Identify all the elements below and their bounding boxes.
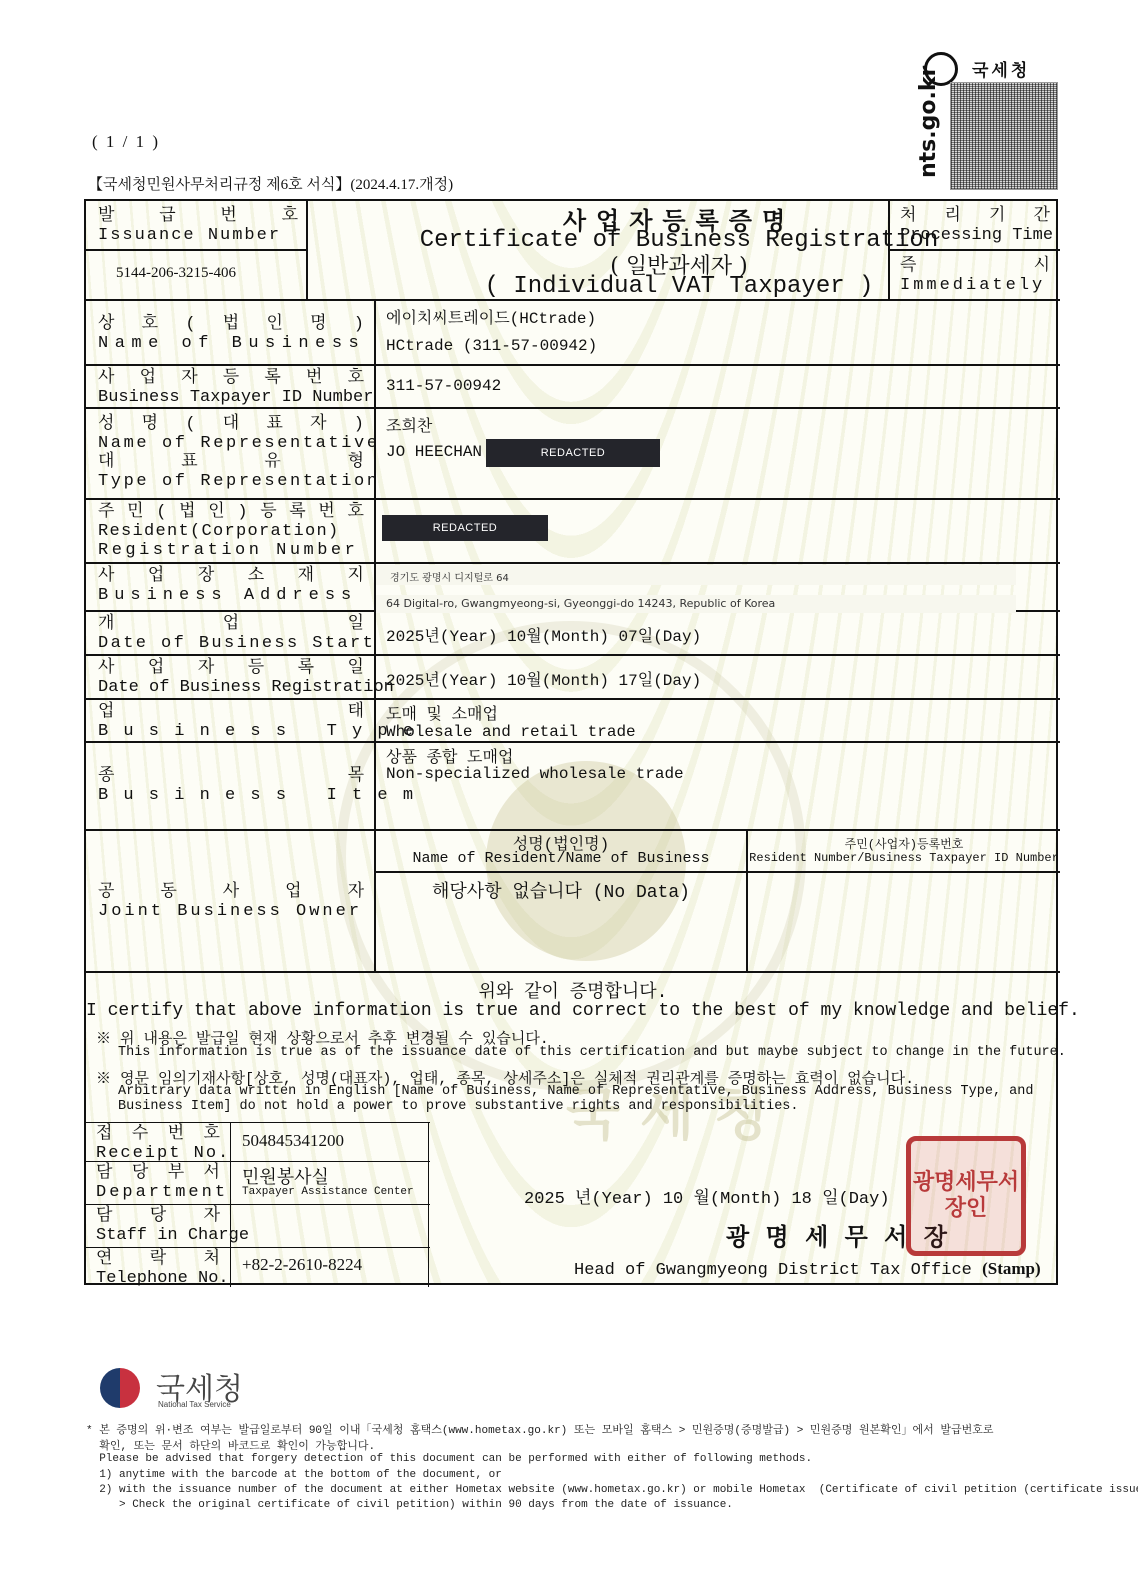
joint-owner-col2-ko: 주민(사업자)등록번호 <box>748 835 1060 852</box>
business-item-en: Non-specialized wholesale trade <box>386 765 684 783</box>
certification-statement-en: I certify that above information is true… <box>86 1001 1060 1021</box>
note-2-en-2: Business Item] do not hold a power to pr… <box>118 1099 799 1114</box>
nts-site: nts.go.kr <box>916 66 941 178</box>
nts-logo-icon <box>100 1368 140 1408</box>
business-item-ko: 상품 종합 도매업 <box>386 744 513 767</box>
joint-owner-col2-en: Resident Number/Business Taxpayer ID Num… <box>748 851 1060 865</box>
footer-line-2: 확인, 또는 문서 하단의 바코드로 확인이 가능합니다. <box>86 1437 375 1453</box>
redacted-representative-info: REDACTED <box>486 439 660 467</box>
receipt-number-value: 504845341200 <box>242 1131 344 1151</box>
taxpayer-id-label: 사업자등록번호 Business Taxpayer ID Number <box>98 369 364 407</box>
certificate-form: 국세청 발급번호 Issuance Number 5144-206-3215-4… <box>84 199 1058 1285</box>
taxpayer-type-english: ( Individual VAT Taxpayer ) <box>386 273 972 300</box>
start-date-label: 개업일 Date of Business Start <box>98 615 364 653</box>
form-reference: 【국세청민원사무처리규정 제6호 서식】(2024.4.17.개정) <box>88 173 453 194</box>
certification-statement-ko: 위와 같이 증명합니다. <box>86 977 1060 1003</box>
joint-owner-label: 공동사업자 Joint Business Owner <box>98 883 364 921</box>
registration-date-label: 사업자등록일 Date of Business Registration <box>98 659 364 697</box>
telephone-label: 연락처 Telephone No. <box>96 1250 220 1288</box>
resident-number-label: 주민(법인)등록번호 Resident(Corporation) Registr… <box>98 503 364 560</box>
joint-owner-col1-en: Name of Resident/Name of Business <box>376 850 746 867</box>
issuance-number-label: 발급번호 Issuance Number <box>98 207 298 245</box>
staff-label: 담당자 Staff in Charge <box>96 1207 220 1245</box>
business-type-label: 업태 B u s i n e s s T y p e <box>98 703 364 741</box>
department-value-en: Taxpayer Assistance Center <box>242 1186 414 1198</box>
business-name-ko: 에이치씨트레이드(HCtrade) <box>386 305 596 328</box>
business-type-ko: 도매 및 소매업 <box>386 701 498 724</box>
business-type-en: Wholesale and retail trade <box>386 723 636 741</box>
business-name-label: 상호(법인명) Name of Business <box>98 315 364 353</box>
department-label: 담당부서 Department <box>96 1164 220 1202</box>
footer-line-3: Please be advised that forgery detection… <box>86 1453 812 1465</box>
business-name-en: HCtrade (311-57-00942) <box>386 337 597 355</box>
verification-barcode <box>950 82 1058 190</box>
taxpayer-id-value: 311-57-00942 <box>386 377 501 395</box>
receipt-number-label: 접수번호 Receipt No. <box>96 1125 220 1163</box>
representative-name-en: JO HEECHAN <box>386 443 482 461</box>
telephone-value: +82-2-2610-8224 <box>242 1255 362 1275</box>
footer-line-1: * 본 증명의 위·변조 여부는 발급일로부터 90일 이내「국세청 홈택스(w… <box>86 1421 994 1437</box>
footer-line-5: 2) with the issuance number of the docum… <box>86 1484 1138 1496</box>
issue-date: 2025 년(Year) 10 월(Month) 18 일(Day) <box>524 1183 890 1209</box>
business-item-label: 종목 B u s i n e s s I t e m <box>98 767 364 805</box>
nts-name: 국세청 <box>972 56 1030 81</box>
official-seal: 광명세무서장인 <box>906 1136 1026 1256</box>
head-title-en: Head of Gwangmyeong District Tax Office … <box>574 1259 1041 1280</box>
footer-line-4: 1) anytime with the barcode at the botto… <box>86 1469 502 1481</box>
representative-label: 성명(대표자) Name of Representative 대표유형 Type… <box>98 415 364 491</box>
note-1-en: This information is true as of the issua… <box>118 1045 1066 1060</box>
joint-owner-value: 해당사항 없습니다 (No Data) <box>376 877 746 903</box>
page-indicator: ( 1 / 1 ) <box>92 132 160 152</box>
business-address-label: 사업장소재지 Business Address <box>98 567 364 605</box>
footer-line-6: > Check the original certificate of civi… <box>86 1499 733 1511</box>
processing-time-value: 즉시 Immediately <box>900 257 1050 295</box>
nts-logo-en: National Tax Service <box>158 1400 231 1409</box>
business-address-ko: 경기도 광명시 디지털로 64 <box>376 565 1016 585</box>
note-2-en-1: Arbitrary data written in English [Name … <box>118 1084 1033 1099</box>
redacted-resident-number: REDACTED <box>382 515 548 541</box>
business-address-en: 64 Digital-ro, Gwangmyeong-si, Gyeonggi-… <box>376 595 1016 613</box>
processing-time-label: 처리기간 Processing Time <box>900 207 1050 245</box>
registration-date-value: 2025년(Year) 10월(Month) 17일(Day) <box>386 667 701 690</box>
representative-name-ko: 조희찬 <box>386 413 432 436</box>
issuance-number-value: 5144-206-3215-406 <box>116 265 236 282</box>
start-date-value: 2025년(Year) 10월(Month) 07일(Day) <box>386 623 701 646</box>
nts-barcode-block: 국세청 nts.go.kr <box>920 50 1060 190</box>
